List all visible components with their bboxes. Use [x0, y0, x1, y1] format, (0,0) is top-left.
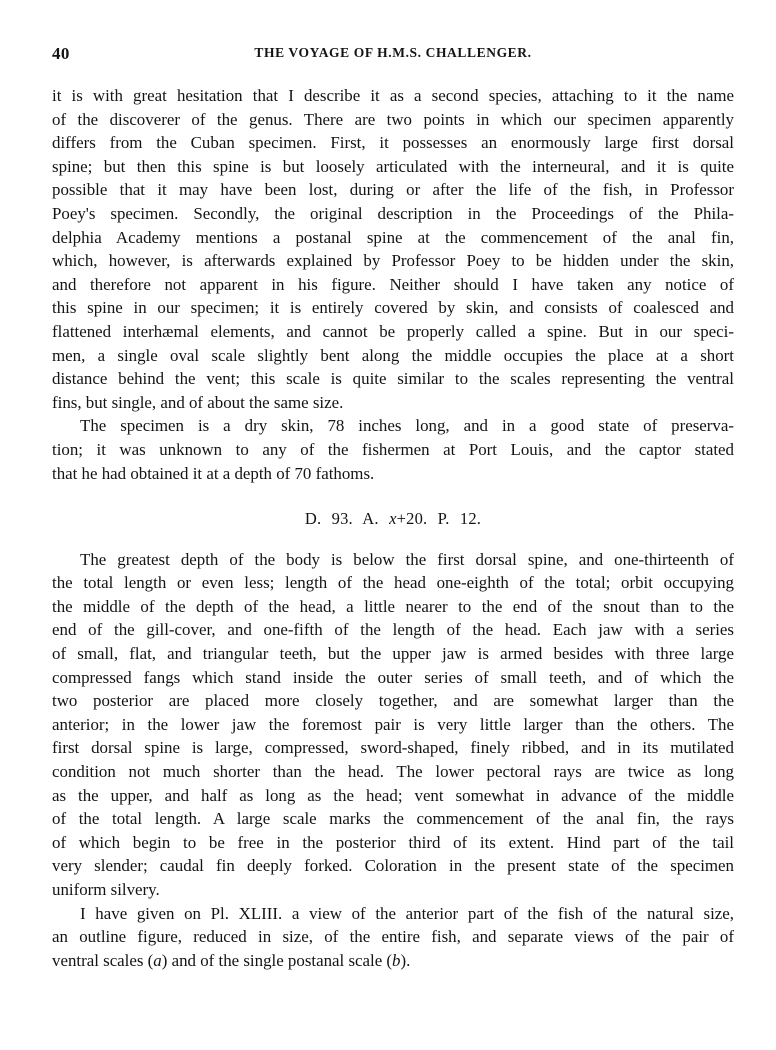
- text-line: uniform silvery.: [52, 878, 734, 902]
- text-line: this spine in our specimen; it is entire…: [52, 296, 734, 320]
- text-line: flattened interhæmal elements, and canno…: [52, 320, 734, 344]
- text-line: delphia Academy mentions a postanal spin…: [52, 226, 734, 250]
- text-fragment: ventral scales (: [52, 951, 153, 970]
- book-page: 40 THE VOYAGE OF H.M.S. CHALLENGER. it i…: [52, 44, 734, 972]
- text-line: men, a single oval scale slightly bent a…: [52, 344, 734, 368]
- figure-label-a: a: [153, 951, 161, 970]
- text-line: end of the gill-cover, and one-fifth of …: [52, 618, 734, 642]
- text-line: an outline figure, reduced in size, of t…: [52, 925, 734, 949]
- text-line: spine; but then this spine is but loosel…: [52, 155, 734, 179]
- text-line: differs from the Cuban specimen. First, …: [52, 131, 734, 155]
- text-line: of which begin to be free in the posteri…: [52, 831, 734, 855]
- text-line: and therefore not apparent in his figure…: [52, 273, 734, 297]
- text-line: condition not much shorter than the head…: [52, 760, 734, 784]
- text-line: possible that it may have been lost, dur…: [52, 178, 734, 202]
- text-line: which, however, is afterwards explained …: [52, 249, 734, 273]
- figure-label-b: b: [392, 951, 400, 970]
- text-line: I have given on Pl. XLIII. a view of the…: [52, 902, 734, 926]
- dorsal-count: D. 93.: [305, 509, 353, 528]
- text-line: that he had obtained it at a depth of 70…: [52, 462, 734, 486]
- text-line: distance behind the vent; this scale is …: [52, 367, 734, 391]
- paragraph-specimen-condition: The specimen is a dry skin, 78 inches lo…: [52, 414, 734, 485]
- text-fragment: ).: [401, 951, 411, 970]
- text-line: the total length or even less; length of…: [52, 571, 734, 595]
- anal-prefix: A.: [362, 509, 378, 528]
- text-line: tion; it was unknown to any of the fishe…: [52, 438, 734, 462]
- text-line: fins, but single, and of about the same …: [52, 391, 734, 415]
- text-line: of the discoverer of the genus. There ar…: [52, 108, 734, 132]
- text-line: Poey's specimen. Secondly, the original …: [52, 202, 734, 226]
- text-line: very slender; caudal fin deeply forked. …: [52, 854, 734, 878]
- paragraph-species-description: it is with great hesitation that I descr…: [52, 84, 734, 414]
- text-line: The greatest depth of the body is below …: [52, 548, 734, 572]
- anal-variable: x: [389, 509, 397, 528]
- text-fragment: ) and of the single postanal scale (: [162, 951, 392, 970]
- text-line: it is with great hesitation that I descr…: [52, 84, 734, 108]
- running-head: 40 THE VOYAGE OF H.M.S. CHALLENGER.: [52, 44, 734, 68]
- body-text: it is with great hesitation that I descr…: [52, 84, 734, 972]
- text-line: as the upper, and half as long as the he…: [52, 784, 734, 808]
- text-line: of small, flat, and triangular teeth, bu…: [52, 642, 734, 666]
- text-line: first dorsal spine is large, compressed,…: [52, 736, 734, 760]
- text-line: ventral scales (a) and of the single pos…: [52, 949, 734, 973]
- text-line: the middle of the depth of the head, a l…: [52, 595, 734, 619]
- pectoral-count: P. 12.: [438, 509, 481, 528]
- running-title: THE VOYAGE OF H.M.S. CHALLENGER.: [52, 45, 734, 61]
- text-line: compressed fangs which stand inside the …: [52, 666, 734, 690]
- text-line: two posterior are placed more closely to…: [52, 689, 734, 713]
- fin-formula: D. 93. A. x+20. P. 12.: [52, 507, 734, 531]
- text-line: The specimen is a dry skin, 78 inches lo…: [52, 414, 734, 438]
- anal-suffix: +20.: [397, 509, 428, 528]
- text-line: anterior; in the lower jaw the foremost …: [52, 713, 734, 737]
- paragraph-plate-reference: I have given on Pl. XLIII. a view of the…: [52, 902, 734, 973]
- text-line: of the total length. A large scale marks…: [52, 807, 734, 831]
- paragraph-morphology: The greatest depth of the body is below …: [52, 548, 734, 902]
- anal-count: A. x+20.: [362, 509, 427, 528]
